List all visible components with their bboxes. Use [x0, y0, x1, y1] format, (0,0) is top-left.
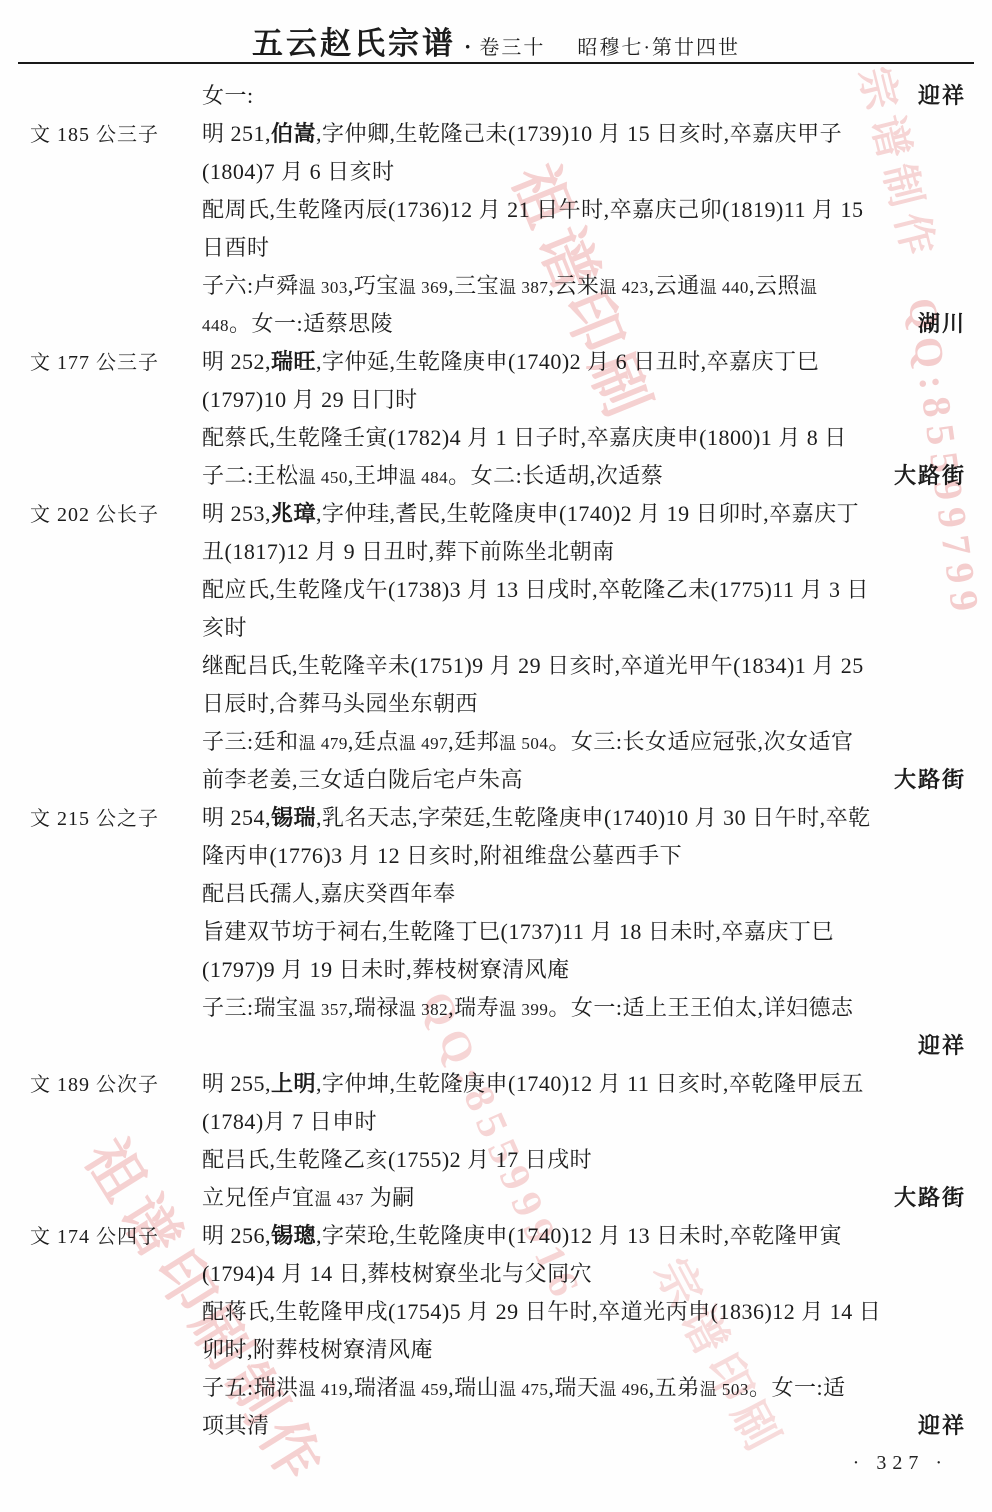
entry-text-segment: 项其清 — [202, 1413, 270, 1438]
entry-text-segment: (1794)4 月 14 日,葬枝树寮坐北与父同穴 — [202, 1261, 592, 1286]
person-name: 锡瑞 — [271, 805, 316, 830]
person-name: 上明 — [271, 1071, 316, 1096]
entry-text-segment: ,字仲珪,耆民,生乾隆庚申(1740)2 月 19 日卯时,卒嘉庆丁 — [316, 501, 859, 526]
entry-text-segment: ,瑞天 — [548, 1375, 599, 1400]
entry-text: (1794)4 月 14 日,葬枝树寮坐北与父同穴 — [202, 1255, 958, 1293]
entry-text-segment: 日酉时 — [202, 235, 270, 260]
entry-text-segment: (1797)10 月 29 日冂时 — [202, 387, 418, 412]
entry-text-segment: 温 423 — [599, 278, 648, 297]
book-title: 五云赵氏宗谱 — [252, 18, 456, 63]
entry-text-segment: ,云照 — [749, 273, 800, 298]
entry-text-segment: 配周氏,生乾隆丙辰(1736)12 月 21 日午时,卒嘉庆己卯(1819)11… — [202, 197, 864, 222]
entry-text: 配应氏,生乾隆戊午(1738)3 月 13 日戌时,卒乾隆乙未(1775)11 … — [202, 571, 958, 609]
entry-text-segment: 明 252, — [202, 349, 271, 374]
generation-label: 文 215 公之子 — [30, 800, 202, 838]
entry-line: 隆丙申(1776)3 月 12 日亥时,附祖维盘公墓西手下 — [30, 837, 966, 875]
entry-text: 子三:瑞宝温 357,瑞禄温 382,瑞寿温 399。女一:适上王王伯太,详妇德… — [202, 989, 958, 1029]
entry-text-segment: 温 479 — [299, 734, 348, 753]
entry-text-segment: 温 — [800, 278, 818, 297]
residence-label: 大路街 — [894, 1179, 966, 1217]
entry-line: 配吕氏孺人,嘉庆癸酉年奉 — [30, 875, 966, 913]
entry-text-segment: ,五弟 — [649, 1375, 700, 1400]
entry-text-segment: 日辰时,合葬马头园坐东朝西 — [202, 691, 478, 716]
entry-line: 子三:廷和温 479,廷点温 497,廷邦温 504。女三:长女适应冠张,次女适… — [30, 723, 966, 761]
entry-text-segment: 配蒋氏,生乾隆甲戌(1754)5 月 29 日午时,卒道光丙申(1836)12 … — [202, 1299, 881, 1324]
entry-text: (1804)7 月 6 日亥时 — [202, 153, 958, 191]
entry-text: 子六:卢舜温 303,巧宝温 369,三宝温 387,云来温 423,云通温 4… — [202, 267, 958, 307]
entry-line: 文 215 公之子 明 254,锡瑞,乳名天志,字荣廷,生乾隆庚申(1740)1… — [30, 799, 966, 837]
entry-text: 明 252,瑞旺,字仲延,生乾隆庚申(1740)2 月 6 日丑时,卒嘉庆丁巳 — [202, 343, 958, 381]
entry-text: 立兄侄卢宜温 437 为嗣 — [202, 1179, 886, 1219]
entry-text-segment: 明 254, — [202, 805, 271, 830]
entry-text-segment: 温 504 — [499, 734, 548, 753]
entry-text-segment: 丑(1817)12 月 9 日丑时,葬下前陈坐北朝南 — [202, 539, 615, 564]
entry-text: 子三:廷和温 479,廷点温 497,廷邦温 504。女三:长女适应冠张,次女适… — [202, 723, 958, 763]
residence-label: 迎祥 — [918, 1027, 966, 1065]
entry-text-segment: 温 496 — [599, 1380, 648, 1399]
entry-text-segment: 温 399 — [499, 1000, 548, 1019]
entry-text-segment: 子五:瑞洪 — [202, 1375, 299, 1400]
entry-line: 文 202 公长子 明 253,兆璋,字仲珪,耆民,生乾隆庚申(1740)2 月… — [30, 495, 966, 533]
entry-text: (1797)9 月 19 日未时,葬枝树寮清风庵 — [202, 951, 958, 989]
entry-text-segment: ,云通 — [649, 273, 700, 298]
entry-line: 卯时,附葬枝树寮清风庵 — [30, 1331, 966, 1369]
residence-label: 大路街 — [894, 457, 966, 495]
entry-line: (1784)月 7 日申时 — [30, 1103, 966, 1141]
entry-text: 明 256,锡璁,字荣玱,生乾隆庚申(1740)12 月 13 日未时,卒乾隆甲… — [202, 1217, 958, 1255]
entry-line: 子五:瑞洪温 419,瑞渚温 459,瑞山温 475,瑞天温 496,五弟温 5… — [30, 1369, 966, 1407]
residence-label: 大路街 — [894, 761, 966, 799]
volume-label: 卷三十 — [479, 31, 545, 60]
entry-text-segment: 女一: — [202, 83, 254, 108]
entry-text-segment: 温 382 — [399, 1000, 448, 1019]
entry-text-segment: ,字仲坤,生乾隆庚申(1740)12 月 11 日亥时,卒乾隆甲辰五 — [316, 1071, 864, 1096]
entry-line: 女一: 迎祥 — [30, 77, 966, 115]
residence-label: 迎祥 — [918, 77, 966, 115]
entry-text-segment: ,乳名天志,字荣廷,生乾隆庚申(1740)10 月 30 日午时,卒乾 — [316, 805, 871, 830]
entry-text-segment: ,瑞山 — [448, 1375, 499, 1400]
entry-text-segment: ,瑞寿 — [448, 995, 499, 1020]
entry-text: 继配吕氏,生乾隆辛未(1751)9 月 29 日亥时,卒道光甲午(1834)1 … — [202, 647, 958, 685]
entry-line: 文 185 公三子 明 251,伯嵩,字仲卿,生乾隆己未(1739)10 月 1… — [30, 115, 966, 153]
entry-text-segment: 明 256, — [202, 1223, 271, 1248]
entry-text-segment: 为嗣 — [364, 1185, 415, 1210]
entry-text-segment: 。女一:适上王王伯太,详妇德志 — [548, 995, 853, 1020]
entry-text: 日酉时 — [202, 229, 958, 267]
entry-line: 配应氏,生乾隆戊午(1738)3 月 13 日戌时,卒乾隆乙未(1775)11 … — [30, 571, 966, 609]
entry-text: 旨建双节坊于祠右,生乾隆丁巳(1737)11 月 18 日未时,卒嘉庆丁巳 — [202, 913, 958, 951]
entry-text-segment: 温 475 — [499, 1380, 548, 1399]
entry-line: 继配吕氏,生乾隆辛未(1751)9 月 29 日亥时,卒道光甲午(1834)1 … — [30, 647, 966, 685]
entry-text-segment: 温 450 — [299, 468, 348, 487]
entry-text: (1797)10 月 29 日冂时 — [202, 381, 958, 419]
entry-text: 明 251,伯嵩,字仲卿,生乾隆己未(1739)10 月 15 日亥时,卒嘉庆甲… — [202, 115, 958, 153]
entry-line: 丑(1817)12 月 9 日丑时,葬下前陈坐北朝南 — [30, 533, 966, 571]
entries-container: 女一: 迎祥 文 185 公三子 明 251,伯嵩,字仲卿,生乾隆己未(1739… — [30, 77, 966, 1445]
entry-text: (1784)月 7 日申时 — [202, 1103, 958, 1141]
entry-text: 配蔡氏,生乾隆壬寅(1782)4 月 1 日子时,卒嘉庆庚申(1800)1 月 … — [202, 419, 958, 457]
entry-text-segment: 。女一:适 — [749, 1375, 846, 1400]
entry-text-segment: 立兄侄卢宜 — [202, 1185, 315, 1210]
entry-text-segment: 子六:卢舜 — [202, 273, 299, 298]
entry-text-segment: (1784)月 7 日申时 — [202, 1109, 377, 1134]
entry-text-segment: 温 497 — [399, 734, 448, 753]
entry-text: 亥时 — [202, 609, 958, 647]
entry-text-segment: ,廷点 — [348, 729, 399, 754]
entry-text-segment: 温 484 — [399, 468, 448, 487]
entry-text-segment: (1797)9 月 19 日未时,葬枝树寮清风庵 — [202, 957, 570, 982]
generation-label: 文 189 公次子 — [30, 1066, 202, 1104]
entry-line: (1797)10 月 29 日冂时 — [30, 381, 966, 419]
generation-label: 文 185 公三子 — [30, 116, 202, 154]
entry-line: (1794)4 月 14 日,葬枝树寮坐北与父同穴 — [30, 1255, 966, 1293]
section-label: 昭穆七·第廿四世 — [577, 31, 740, 60]
entry-line: 文 177 公三子 明 252,瑞旺,字仲延,生乾隆庚申(1740)2 月 6 … — [30, 343, 966, 381]
entry-text-segment: ,字仲卿,生乾隆己未(1739)10 月 15 日亥时,卒嘉庆甲子 — [316, 121, 842, 146]
entry-text-segment: ,王坤 — [348, 463, 399, 488]
entry-text: 项其清 — [202, 1407, 910, 1445]
person-name: 伯嵩 — [271, 121, 316, 146]
entry-text: 配吕氏,生乾隆乙亥(1755)2 月 17 日戌时 — [202, 1141, 958, 1179]
entry-text-segment: 配吕氏孺人,嘉庆癸酉年奉 — [202, 881, 456, 906]
entry-text-segment: 明 253, — [202, 501, 271, 526]
title-separator-dot: · — [464, 34, 471, 60]
entry-text-segment: 。女二:长适胡,次适蔡 — [448, 463, 663, 488]
entry-text-segment: 亥时 — [202, 615, 247, 640]
person-name: 瑞旺 — [271, 349, 316, 374]
entry-text-segment: ,字仲延,生乾隆庚申(1740)2 月 6 日丑时,卒嘉庆丁巳 — [316, 349, 819, 374]
entry-text-segment: 隆丙申(1776)3 月 12 日亥时,附祖维盘公墓西手下 — [202, 843, 682, 868]
page-number: · 327 · — [853, 1452, 948, 1475]
residence-label: 迎祥 — [918, 1407, 966, 1445]
entry-line: 前李老姜,三女适白陇后宅卢朱高 大路街 — [30, 761, 966, 799]
header-divider — [18, 62, 974, 64]
entry-line: (1804)7 月 6 日亥时 — [30, 153, 966, 191]
entry-text-segment: 旨建双节坊于祠右,生乾隆丁巳(1737)11 月 18 日未时,卒嘉庆丁巳 — [202, 919, 834, 944]
entry-line: 日酉时 — [30, 229, 966, 267]
entry-line: 文 174 公四子 明 256,锡璁,字荣玱,生乾隆庚申(1740)12 月 1… — [30, 1217, 966, 1255]
entry-line: 项其清 迎祥 — [30, 1407, 966, 1445]
entry-text-segment: 温 419 — [299, 1380, 348, 1399]
entry-text-segment: 温 440 — [700, 278, 749, 297]
entry-text: 448。女一:适蔡思陵 — [202, 305, 910, 345]
entry-text-segment: ,云来 — [548, 273, 599, 298]
entry-line: 立兄侄卢宜温 437 为嗣 大路街 — [30, 1179, 966, 1217]
entry-text: 配吕氏孺人,嘉庆癸酉年奉 — [202, 875, 958, 913]
person-name: 锡璁 — [271, 1223, 316, 1248]
entry-text-segment: 子三:廷和 — [202, 729, 299, 754]
entry-text-segment: 继配吕氏,生乾隆辛未(1751)9 月 29 日亥时,卒道光甲午(1834)1 … — [202, 653, 864, 678]
entry-text-segment: 温 459 — [399, 1380, 448, 1399]
entry-text-segment: 明 251, — [202, 121, 271, 146]
entry-line: 子三:瑞宝温 357,瑞禄温 382,瑞寿温 399。女一:适上王王伯太,详妇德… — [30, 989, 966, 1027]
entry-text-segment: 448 — [202, 316, 229, 335]
entry-text: 子二:王松温 450,王坤温 484。女二:长适胡,次适蔡 — [202, 457, 886, 497]
entry-line: 亥时 — [30, 609, 966, 647]
entry-text-segment: 明 255, — [202, 1071, 271, 1096]
entry-text-segment: ,瑞禄 — [348, 995, 399, 1020]
entry-line: 配蒋氏,生乾隆甲戌(1754)5 月 29 日午时,卒道光丙申(1836)12 … — [30, 1293, 966, 1331]
entry-line: 448。女一:适蔡思陵 湖川 — [30, 305, 966, 343]
entry-text: 日辰时,合葬马头园坐东朝西 — [202, 685, 958, 723]
entry-line: 文 189 公次子 明 255,上明,字仲坤,生乾隆庚申(1740)12 月 1… — [30, 1065, 966, 1103]
entry-text-segment: 配蔡氏,生乾隆壬寅(1782)4 月 1 日子时,卒嘉庆庚申(1800)1 月 … — [202, 425, 847, 450]
entry-text-segment: 配应氏,生乾隆戊午(1738)3 月 13 日戌时,卒乾隆乙未(1775)11 … — [202, 577, 869, 602]
entry-text-segment: 温 369 — [399, 278, 448, 297]
entry-text: 配蒋氏,生乾隆甲戌(1754)5 月 29 日午时,卒道光丙申(1836)12 … — [202, 1293, 958, 1331]
entry-line: 子二:王松温 450,王坤温 484。女二:长适胡,次适蔡 大路街 — [30, 457, 966, 495]
entry-text-segment: 子三:瑞宝 — [202, 995, 299, 1020]
entry-text: 女一: — [202, 77, 910, 115]
entry-text-segment: 温 303 — [299, 278, 348, 297]
entry-line: 迎祥 — [30, 1027, 966, 1065]
entry-line: 子六:卢舜温 303,巧宝温 369,三宝温 387,云来温 423,云通温 4… — [30, 267, 966, 305]
residence-label: 湖川 — [918, 305, 966, 343]
genealogy-page: 五云赵氏宗谱 · 卷三十 昭穆七·第廿四世 女一: 迎祥 文 185 公三子 明… — [0, 0, 992, 1512]
entry-line: 配吕氏,生乾隆乙亥(1755)2 月 17 日戌时 — [30, 1141, 966, 1179]
entry-line: 配蔡氏,生乾隆壬寅(1782)4 月 1 日子时,卒嘉庆庚申(1800)1 月 … — [30, 419, 966, 457]
entry-text-segment: (1804)7 月 6 日亥时 — [202, 159, 395, 184]
entry-text-segment: 子二:王松 — [202, 463, 299, 488]
entry-text-segment: 温 357 — [299, 1000, 348, 1019]
entry-text-segment: 温 503 — [700, 1380, 749, 1399]
entry-text: 明 255,上明,字仲坤,生乾隆庚申(1740)12 月 11 日亥时,卒乾隆甲… — [202, 1065, 958, 1103]
entry-text: 丑(1817)12 月 9 日丑时,葬下前陈坐北朝南 — [202, 533, 958, 571]
generation-label: 文 177 公三子 — [30, 344, 202, 382]
entry-text: 隆丙申(1776)3 月 12 日亥时,附祖维盘公墓西手下 — [202, 837, 958, 875]
entry-text-segment: ,三宝 — [448, 273, 499, 298]
entry-text: 明 253,兆璋,字仲珪,耆民,生乾隆庚申(1740)2 月 19 日卯时,卒嘉… — [202, 495, 958, 533]
entry-text-segment: 温 437 — [315, 1190, 364, 1209]
entry-text-segment: 前李老姜,三女适白陇后宅卢朱高 — [202, 767, 523, 792]
entry-line: (1797)9 月 19 日未时,葬枝树寮清风庵 — [30, 951, 966, 989]
entry-text: 配周氏,生乾隆丙辰(1736)12 月 21 日午时,卒嘉庆己卯(1819)11… — [202, 191, 958, 229]
entry-text: 明 254,锡瑞,乳名天志,字荣廷,生乾隆庚申(1740)10 月 30 日午时… — [202, 799, 958, 837]
entry-text-segment: 卯时,附葬枝树寮清风庵 — [202, 1337, 433, 1362]
person-name: 兆璋 — [271, 501, 316, 526]
generation-label: 文 174 公四子 — [30, 1218, 202, 1256]
generation-label: 文 202 公长子 — [30, 496, 202, 534]
entry-text: 子五:瑞洪温 419,瑞渚温 459,瑞山温 475,瑞天温 496,五弟温 5… — [202, 1369, 958, 1409]
entry-line: 日辰时,合葬马头园坐东朝西 — [30, 685, 966, 723]
entry-text-segment: 。女三:长女适应冠张,次女适官 — [548, 729, 853, 754]
entry-text-segment: 温 387 — [499, 278, 548, 297]
entry-line: 配周氏,生乾隆丙辰(1736)12 月 21 日午时,卒嘉庆己卯(1819)11… — [30, 191, 966, 229]
entry-text: 前李老姜,三女适白陇后宅卢朱高 — [202, 761, 886, 799]
entry-text-segment: ,瑞渚 — [348, 1375, 399, 1400]
entry-text-segment: 。女一:适蔡思陵 — [229, 311, 393, 336]
entry-text-segment: 配吕氏,生乾隆乙亥(1755)2 月 17 日戌时 — [202, 1147, 592, 1172]
entry-text-segment: ,字荣玱,生乾隆庚申(1740)12 月 13 日未时,卒乾隆甲寅 — [316, 1223, 842, 1248]
entry-text-segment: ,巧宝 — [348, 273, 399, 298]
page-header: 五云赵氏宗谱 · 卷三十 昭穆七·第廿四世 — [0, 18, 992, 63]
entry-text: 卯时,附葬枝树寮清风庵 — [202, 1331, 958, 1369]
entry-line: 旨建双节坊于祠右,生乾隆丁巳(1737)11 月 18 日未时,卒嘉庆丁巳 — [30, 913, 966, 951]
entry-text-segment: ,廷邦 — [448, 729, 499, 754]
